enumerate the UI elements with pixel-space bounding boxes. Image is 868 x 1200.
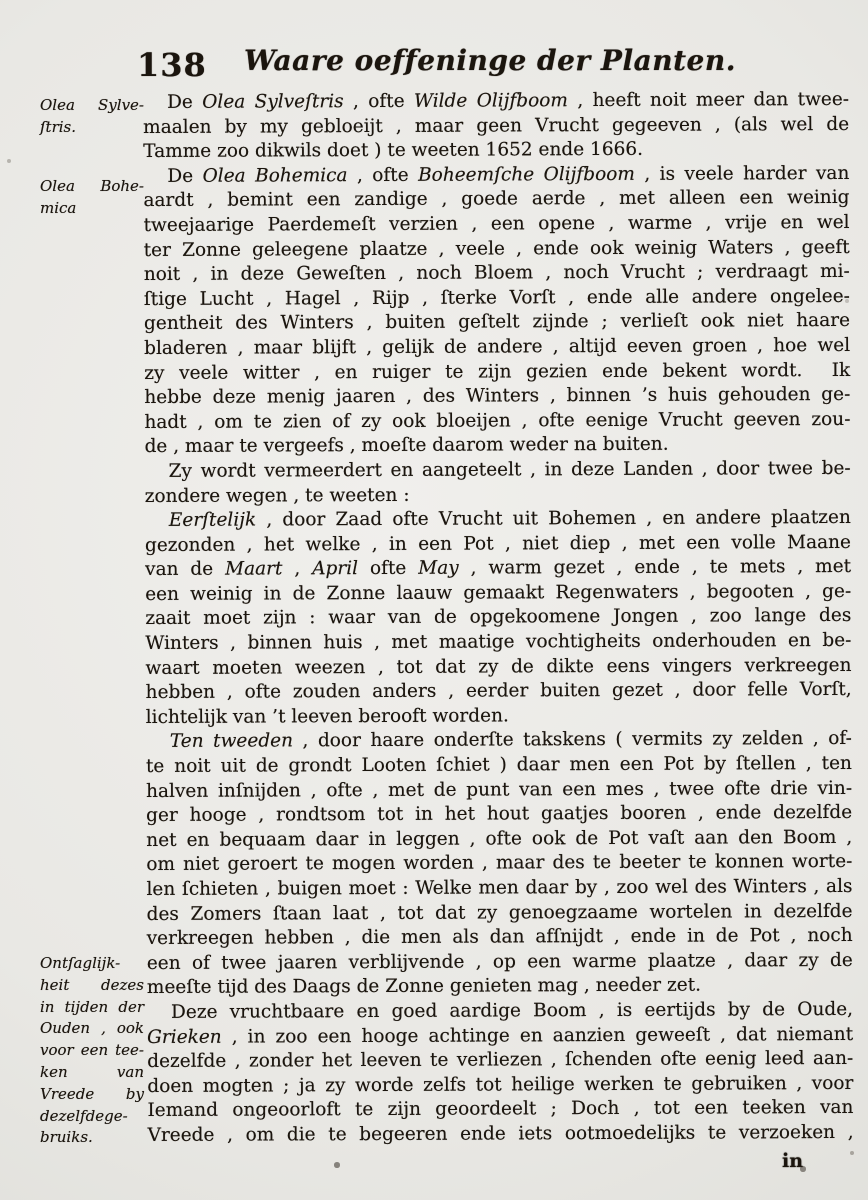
text-line: waart moeten weezen , tot dat zy de dikt… [145,654,851,682]
text-line: lichtelijk van ’t leeven berooft worden. [146,703,852,731]
text-line: om niet geroert te mogen worden , maar d… [146,850,852,878]
text-line: van de Maart , April ofte May , warm gez… [145,555,851,583]
catchword: in [782,1150,803,1172]
margin-note-line: Olea Bohe- [40,176,144,198]
text-line: De Olea Bohemica , ofte Boheemſche Olijf… [143,162,849,190]
paragraph: Eerſtelijk , door Zaad ofte Vrucht uit B… [145,506,852,730]
text-line: ſtige Lucht , Hagel , Rijp , ſterke Vorſ… [144,285,850,313]
text-line: hebben , ofte zouden anders , eerder bui… [146,678,852,706]
text-line: Vreede , om die te begeeren ende iets oo… [148,1121,854,1149]
text-line: de , maar te vergeefs , moeſte daarom we… [145,432,851,460]
paragraph: De Olea Bohemica , ofte Boheemſche Olijf… [143,162,850,460]
text-line: aardt , bemint een zandige , goede aerde… [143,186,849,214]
scan-specks [0,0,2,2]
paragraph: De Olea Sylveſtris , ofte Wilde Olijfboo… [143,88,849,165]
book-page-scan: 138 Waare oeffeninge der Planten. Olea S… [0,0,868,1200]
text-line: len ſchieten , buigen moet : Welke men d… [146,875,852,903]
margin-note-line: ſtris. [40,117,144,139]
text-line: dezelfde , zonder het leeven te verlieze… [147,1047,853,1075]
text-line: De Olea Sylveſtris , ofte Wilde Olijfboo… [143,88,849,116]
text-line: meeſte tijd des Daags de Zonne genieten … [147,973,853,1001]
margin-note-line: dezelfdege- [40,1106,144,1128]
text-line: Deze vruchtbaare en goed aardige Boom , … [147,998,853,1026]
margin-note-line: ken van [40,1062,144,1084]
margin-note-line: Vreede by [40,1084,144,1106]
text-line: gezonden , het welke , in een Pot , niet… [145,531,851,559]
text-line: hebbe deze menig jaaren , des Winters , … [144,383,850,411]
margin-note-line: voor een tee- [40,1040,144,1062]
text-line: verkreegen hebben , die men als dan afſn… [147,924,853,952]
margin-note-olea-sylvestris: Olea Sylve-ſtris. [40,95,144,139]
margin-note-line: Ontſaglijk- [40,953,144,975]
margin-note-ontsaglijkheit: Ontſaglijk-heit dezesin tijden derOuden … [40,953,144,1149]
text-line: Iemand ongeoorloft te zijn geoordeelt ; … [147,1096,853,1124]
margin-note-line: in tijden der [40,997,144,1019]
text-line: Tamme zoo dikwils doet ) te weeten 1652 … [143,137,849,165]
text-line: Winters , binnen huis , met maatige voch… [145,629,851,657]
text-line: noit , in deze Geweſten , noch Bloem , n… [144,260,850,288]
text-line: zy veele witter , en ruiger te zijn gezi… [144,358,850,386]
running-title: Waare oeffeninge der Planten. [130,44,850,77]
paragraph: Zy wordt vermeerdert en aangeteelt , in … [145,457,851,509]
text-line: te noit uit de grondt Looten ſchiet ) da… [146,752,852,780]
text-line: Grieken , in zoo een hooge achtinge en a… [147,1022,853,1050]
text-line: hadt , om te zien of zy ook bloeijen , o… [144,408,850,436]
margin-note-line: bruiks. [40,1127,144,1149]
text-line: een weinig in de Zonne laauw gemaakt Reg… [145,580,851,608]
text-line: tweejaarige Paerdemeſt verzien , een ope… [144,211,850,239]
text-line: halven inſnijden , ofte , met de punt va… [146,777,852,805]
text-line: Zy wordt vermeerdert en aangeteelt , in … [145,457,851,485]
text-line: ger hooge , rondtsom tot in het hout gaa… [146,801,852,829]
margin-note-line: Ouden , ook [40,1018,144,1040]
text-line: een of twee jaaren verblijvende , op een… [147,949,853,977]
text-line: bladeren , maar blijft , gelijk de ander… [144,334,850,362]
text-line: Eerſtelijk , door Zaad ofte Vrucht uit B… [145,506,851,534]
margin-note-olea-bohemica: Olea Bohe-mica [40,176,144,220]
text-line: Ten tweeden , door haare onderſte takske… [146,727,852,755]
text-line: zaait moet zijn : waar van de opgekoomen… [145,604,851,632]
text-line: gentheit des Winters , buiten geſtelt zi… [144,309,850,337]
margin-note-line: heit dezes [40,975,144,997]
text-line: ter Zonne geleegene plaatze , veele , en… [144,235,850,263]
body-text: De Olea Sylveſtris , ofte Wilde Olijfboo… [143,88,854,1149]
text-line: zondere wegen , te weeten : [145,481,851,509]
paragraph: Ten tweeden , door haare onderſte takske… [146,727,853,1001]
paragraph: Deze vruchtbaare en goed aardige Boom , … [147,998,854,1149]
text-line: doen mogten ; ja zy worde zelfs tot heil… [147,1072,853,1100]
text-line: maalen by my gebloeijt , maar geen Vruch… [143,113,849,141]
margin-note-line: mica [40,198,144,220]
text-line: net en bequaam daar in leggen , ofte ook… [146,826,852,854]
text-line: des Zomers ſtaan laat , tot dat zy genoe… [147,900,853,928]
margin-note-line: Olea Sylve- [40,95,144,117]
